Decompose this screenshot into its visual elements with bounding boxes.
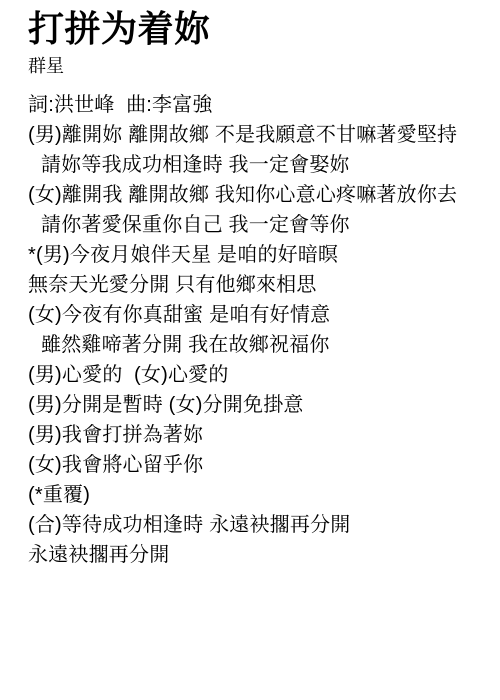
lyric-line: 雖然雞啼著分開 我在故鄉祝福你: [28, 330, 482, 360]
lyrics-block: 詞:洪世峰 曲:李富強 (男)離開妳 離開故鄉 不是我願意不甘嘛著愛堅持 請妳等…: [28, 90, 482, 570]
lyric-line: (男)心愛的 (女)心愛的: [28, 360, 482, 390]
lyric-line: (男)我會打拼為著妳: [28, 420, 482, 450]
song-title: 打拼为着妳: [28, 8, 482, 49]
lyric-line: 請你著愛保重你自己 我一定會等你: [28, 210, 482, 240]
artist-name: 群星: [28, 56, 482, 78]
lyric-line: 永遠袂擱再分開: [28, 540, 482, 570]
lyric-line: (*重覆): [28, 480, 482, 510]
lyric-line: (男)離開妳 離開故鄉 不是我願意不甘嘛著愛堅持: [28, 120, 482, 150]
lyric-line: 請妳等我成功相逢時 我一定會娶妳: [28, 150, 482, 180]
lyric-line: (男)分開是暫時 (女)分開免掛意: [28, 390, 482, 420]
lyric-line: *(男)今夜月娘伴天星 是咱的好暗暝: [28, 240, 482, 270]
lyrics-page: 打拼为着妳 群星 詞:洪世峰 曲:李富強 (男)離開妳 離開故鄉 不是我願意不甘…: [0, 0, 500, 700]
lyric-line: (女)今夜有你真甜蜜 是咱有好情意: [28, 300, 482, 330]
lyric-line: (女)離開我 離開故鄉 我知你心意心疼嘛著放你去: [28, 180, 482, 210]
lyric-line: (女)我會將心留乎你: [28, 450, 482, 480]
credits-line: 詞:洪世峰 曲:李富強: [28, 90, 482, 120]
lyric-line: 無奈天光愛分開 只有他鄉來相思: [28, 270, 482, 300]
lyric-line: (合)等待成功相逢時 永遠袂擱再分開: [28, 510, 482, 540]
